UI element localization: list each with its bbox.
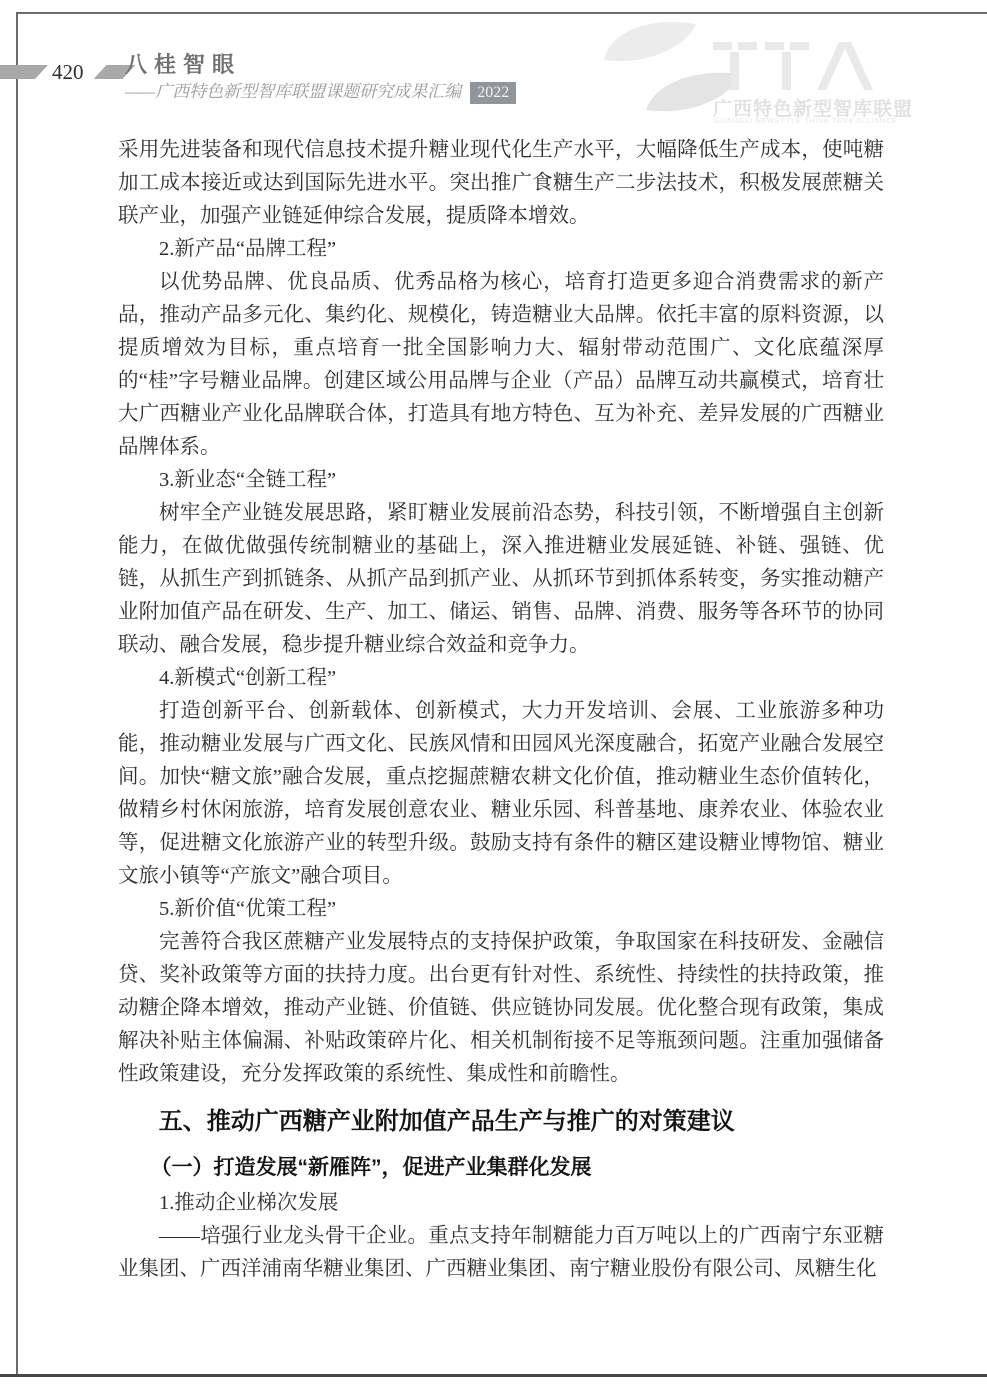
section-heading: 五、推动广西糖产业附加值产品生产与推广的对策建议 bbox=[118, 1105, 884, 1138]
book-title: 八桂智眼 bbox=[125, 48, 241, 79]
paragraph: 采用先进装备和现代信息技术提升糖业现代化生产水平，大幅降低生产成本，使吨糖加工成… bbox=[118, 134, 884, 233]
content-area: 采用先进装备和现代信息技术提升糖业现代化生产水平，大幅降低生产成本，使吨糖加工成… bbox=[118, 134, 884, 1286]
subheading: 1.推动企业梯次发展 bbox=[118, 1187, 884, 1220]
book-subtitle-text: ——广西特色新型智库联盟课题研究成果汇编 bbox=[125, 82, 461, 101]
paragraph: ——培强行业龙头骨干企业。重点支持年制糖能力百万吨以上的广西南宁东亚糖业集团、广… bbox=[118, 1220, 884, 1286]
subsection-heading: （一）打造发展“新雁阵”，促进产业集群化发展 bbox=[118, 1151, 884, 1184]
subheading: 2.新产品“品牌工程” bbox=[118, 233, 884, 266]
paragraph: 打造创新平台、创新载体、创新模式，大力开发培训、会展、工业旅游多种功能，推动糖业… bbox=[118, 695, 884, 893]
watermark-org-name-en: GUANGXI NEWSTYLE THINK TANK ALLIANCE bbox=[714, 116, 897, 125]
subheading: 4.新模式“创新工程” bbox=[118, 662, 884, 695]
frame-left-rule bbox=[16, 12, 18, 1376]
decorative-bar-icon bbox=[0, 65, 48, 79]
year-badge: 2022 bbox=[470, 82, 516, 104]
subheading: 5.新价值“优策工程” bbox=[118, 893, 884, 926]
frame-bottom-rule bbox=[0, 1374, 987, 1377]
page-number-band: 420 bbox=[0, 64, 136, 80]
subheading: 3.新业态“全链工程” bbox=[118, 464, 884, 497]
logo-leaf-icon bbox=[604, 22, 696, 61]
tta-logo-watermark: 广西特色新型智库联盟 GUANGXI NEWSTYLE THINK TANK A… bbox=[598, 14, 918, 134]
paragraph: 以优势品牌、优良品质、优秀品格为核心，培育打造更多迎合消费需求的新产品，推动产品… bbox=[118, 266, 884, 464]
logo-tta-letters bbox=[713, 42, 873, 90]
page-number: 420 bbox=[48, 64, 88, 80]
paragraph: 树牢全产业链发展思路，紧盯糖业发展前沿态势，科技引领，不断增强自主创新能力，在做… bbox=[118, 497, 884, 662]
book-subtitle: ——广西特色新型智库联盟课题研究成果汇编2022 bbox=[125, 77, 516, 104]
paragraph: 完善符合我区蔗糖产业发展特点的支持保护政策，争取国家在科技研发、金融信贷、奖补政… bbox=[118, 926, 884, 1091]
